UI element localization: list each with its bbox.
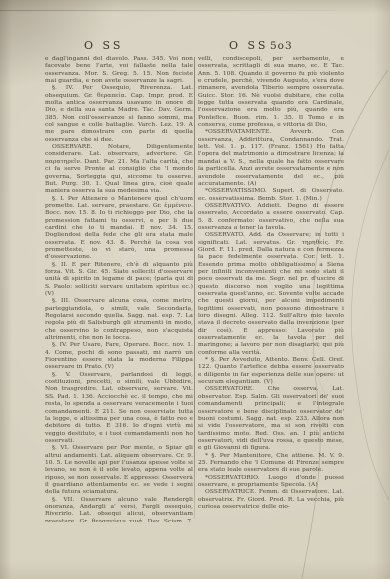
running-title-left: O SS — [84, 39, 123, 52]
paragraph: §. IV. Per Ossequio, Riverenza. Lat. obs… — [45, 85, 193, 144]
paragraph: OSSERVATO. Add. da Osservare; in tutti i… — [198, 232, 344, 357]
column-right: velli, condiscepoli, per serbamento, e o… — [198, 56, 344, 508]
paragraph: OSSERVATRICE. Femm. di Osservatore. Lat.… — [198, 489, 344, 508]
paragraph: * §. Per Avveduto, Attento. Benv. Cell. … — [198, 357, 344, 386]
paragraph: §. IV. Per Usare, Fare, Operare. Bocc. n… — [45, 342, 193, 371]
column-left: e dagl'inganni del diavolo. Pass. 345. V… — [45, 56, 193, 522]
paragraph: §. VI. Osservare per Por mente, o Spiar … — [45, 445, 193, 496]
column-divider-rule — [194, 57, 195, 519]
paper-crease — [0, 10, 390, 11]
paragraph: velli, condiscepoli, per serbamento, e o… — [198, 56, 344, 129]
paragraph: §. III. Osservare alcuna cosa, come metr… — [45, 298, 193, 342]
paragraph: *OSSERVATORIO. Luogo d'onde puossi osser… — [198, 475, 344, 490]
paragraph: §. I. Per Attenere o Mantenere quel ch'u… — [45, 196, 193, 262]
paragraph: OSSERVARE. Notare, Diligentemente consid… — [45, 144, 193, 195]
scanned-book-page: O SS O SS 5o3 e dagl'inganni del diavolo… — [0, 0, 390, 579]
paragraph: §. II. E per Ritenere, ch'è di alquanto … — [45, 262, 193, 299]
fold-line — [351, 150, 389, 500]
paragraph: *OSSERVATAMENTE. Avverb. Con osservanza,… — [198, 129, 344, 188]
paragraph: §. VII. Osservare alcuno vale Rendergli … — [45, 497, 193, 522]
paragraph: OSSERVATIVO. Addiett. Degno di essere os… — [198, 203, 344, 232]
paragraph: §. V. Osservare, parlandosi di leggi, co… — [45, 372, 193, 445]
paragraph: * §. Per Mantenitore, Che attiene. M. V.… — [198, 453, 344, 475]
page-number: 5o3 — [270, 40, 293, 52]
running-title-right: O SS — [229, 39, 268, 52]
paragraph: OSSERVATORE. Che osserva. Lat. observato… — [198, 386, 344, 452]
paragraph: *OSSERVATISSIMO. Superl. di Osservato. e… — [198, 188, 344, 203]
paragraph: e dagl'inganni del diavolo. Pass. 345. V… — [45, 56, 193, 85]
